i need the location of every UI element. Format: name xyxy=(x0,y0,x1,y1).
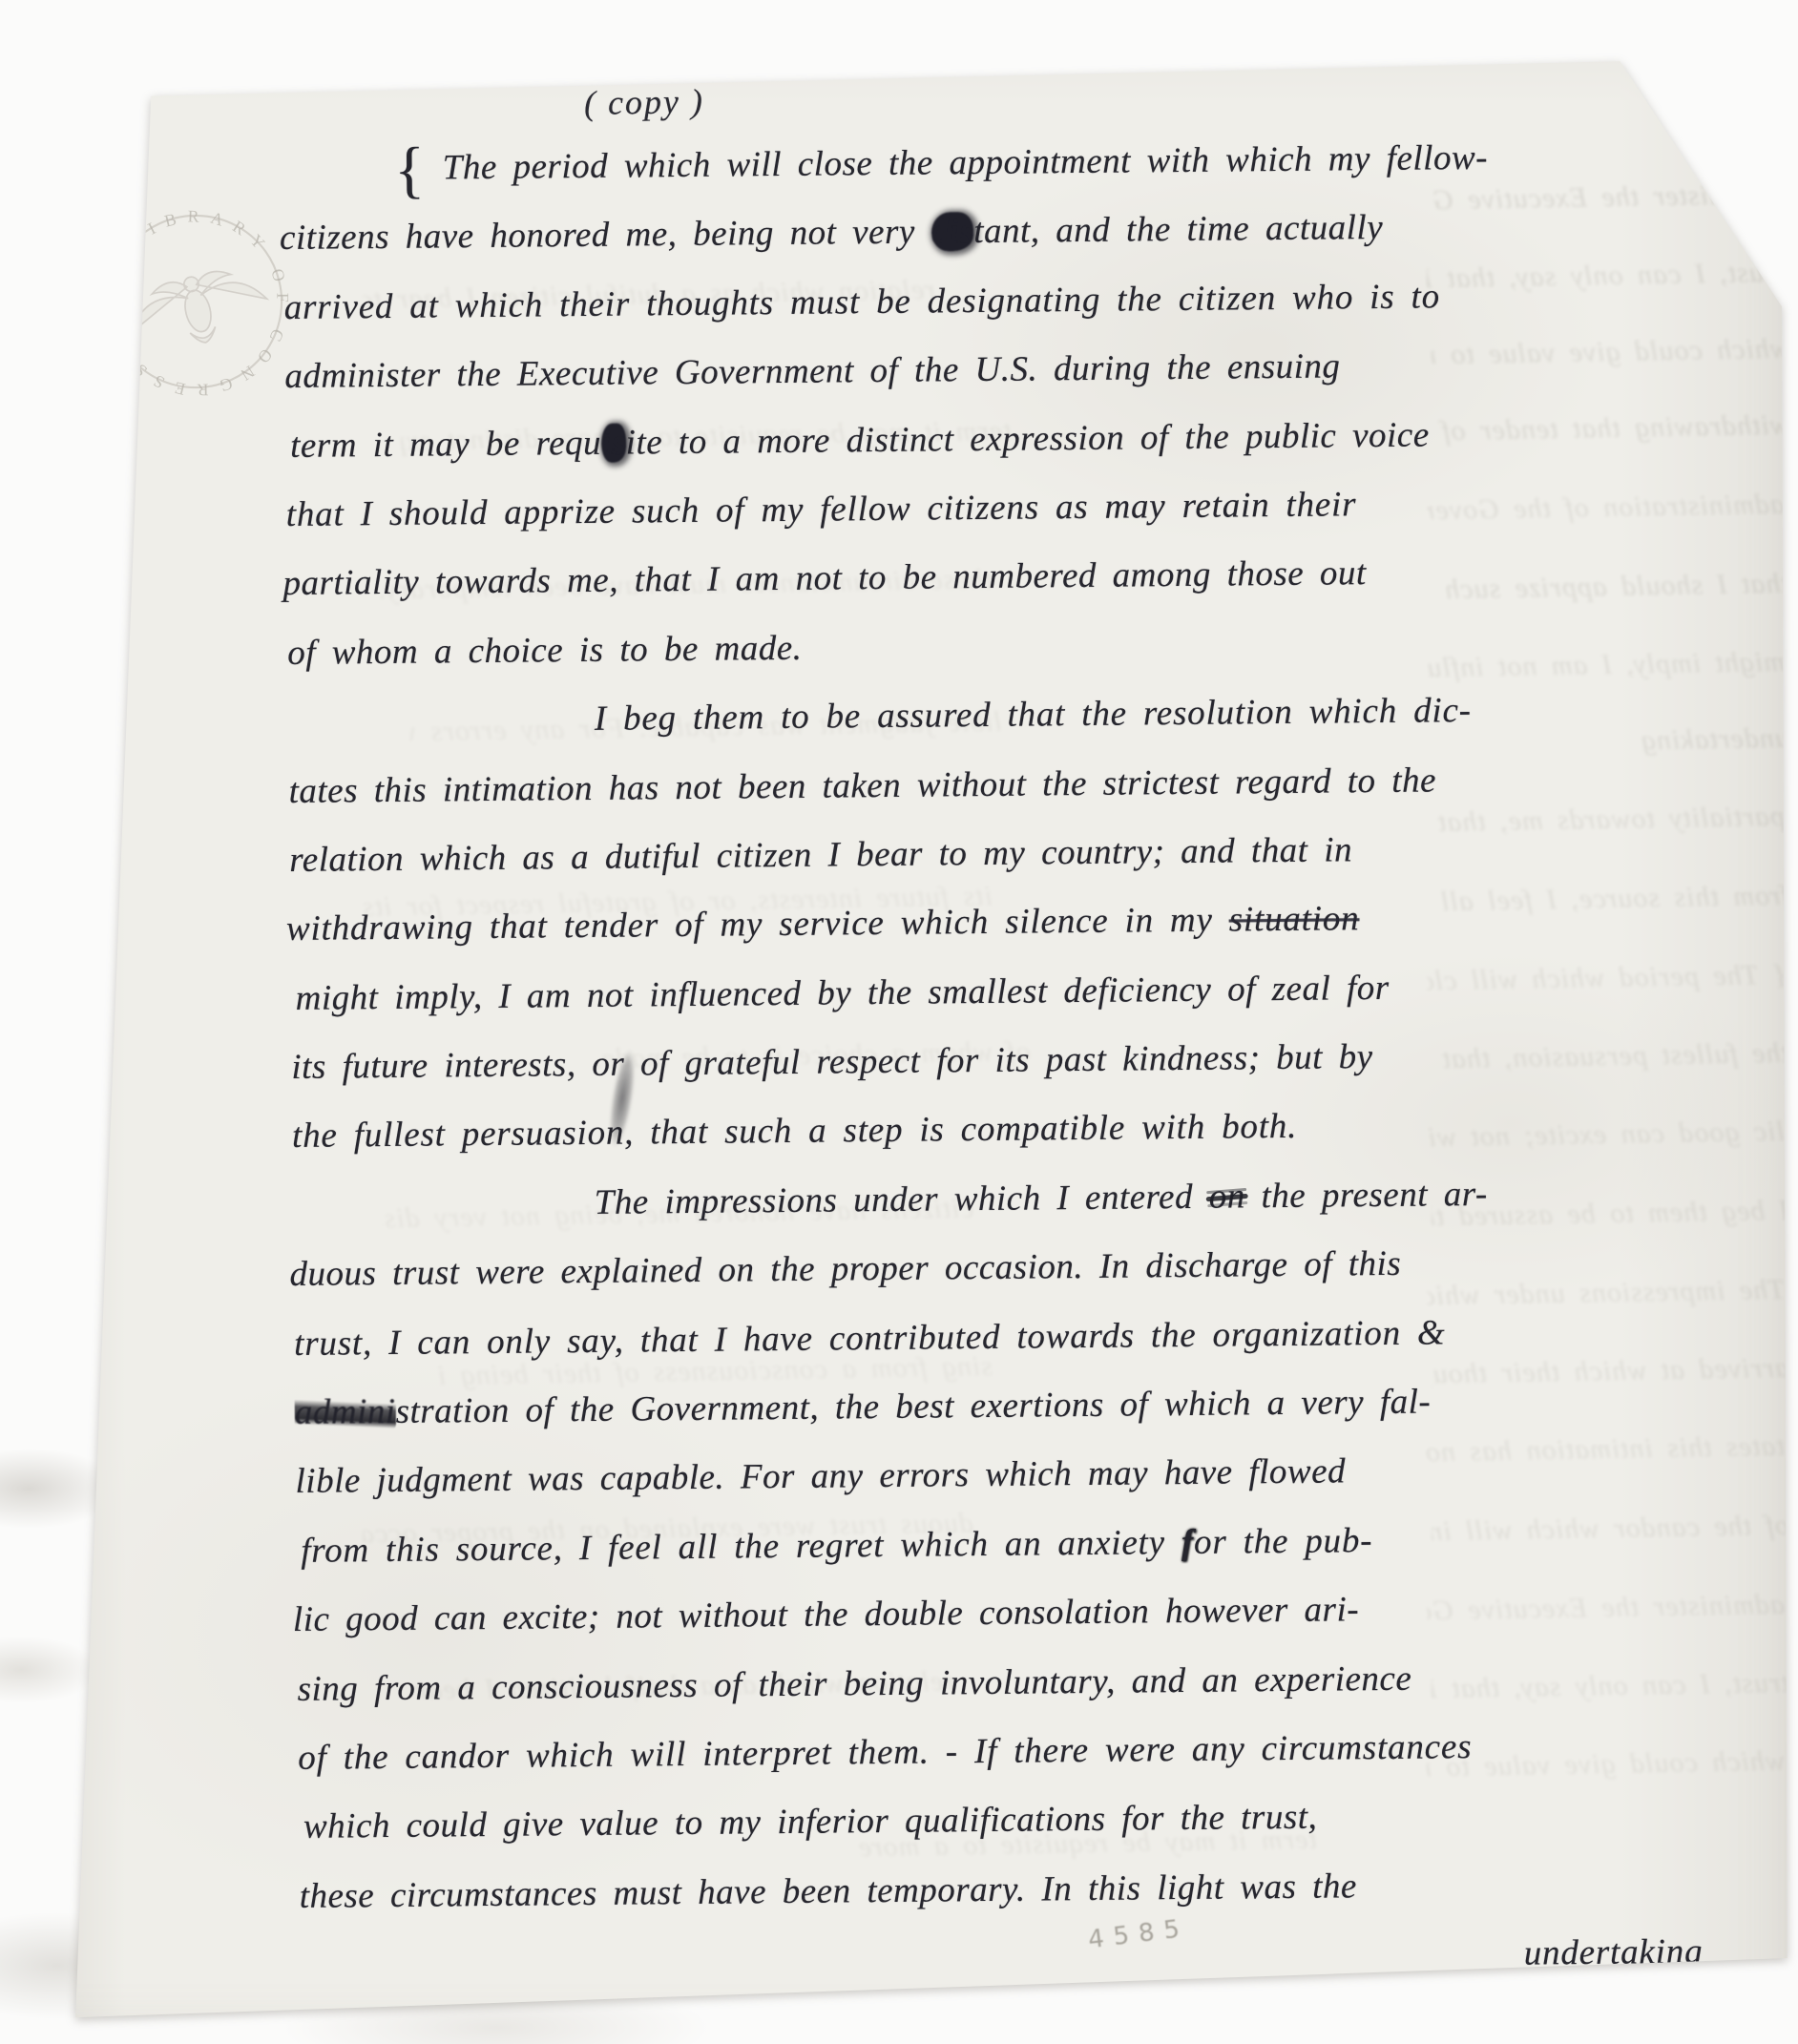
copy-label: ( copy ) xyxy=(584,81,705,123)
paper-shadow: administer the Executive Government of t… xyxy=(0,0,1798,2044)
manuscript-line: might imply, I am not influenced by the … xyxy=(295,950,1762,1033)
manuscript-line: term it may be requisite to a more disti… xyxy=(290,398,1757,481)
manuscript-line: I beg them to be assured that the resolu… xyxy=(293,674,1760,757)
manuscript-line: citizens have honored me, being not very… xyxy=(280,191,1746,274)
manuscript-line: duous trust were explained on the proper… xyxy=(289,1226,1756,1309)
catchword-line: undertaking xyxy=(296,1917,1763,2000)
manuscript-lines: { The period which will close the appoin… xyxy=(282,121,1767,2000)
manuscript-scan: administer the Executive Government of t… xyxy=(0,0,1798,2044)
manuscript-line: lic good can excite; not without the dou… xyxy=(293,1572,1760,1655)
manuscript-line: which could give value to my inferior qu… xyxy=(303,1780,1770,1863)
paper-sheet: administer the Executive Government of t… xyxy=(0,0,1798,2044)
manuscript-line: partiality towards me, that I am not to … xyxy=(282,536,1749,619)
eagle-icon xyxy=(122,261,274,360)
